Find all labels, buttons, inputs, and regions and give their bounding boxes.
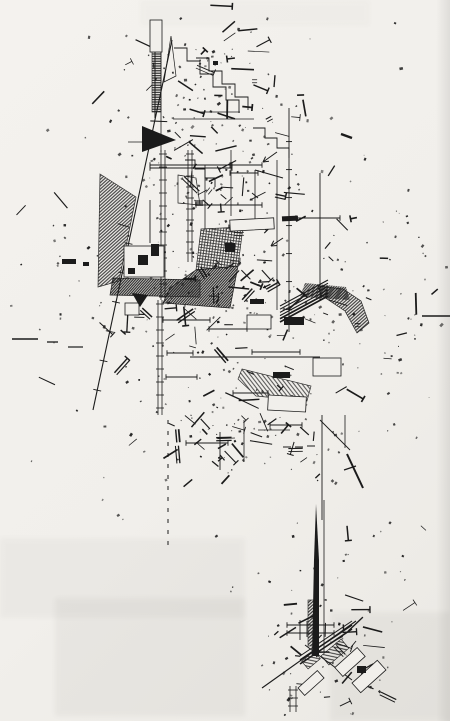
abstract-architectural-drawing [0, 0, 450, 721]
scanned-book-page [0, 0, 450, 721]
edge-shade [436, 0, 450, 721]
ghost-layer [0, 0, 450, 721]
